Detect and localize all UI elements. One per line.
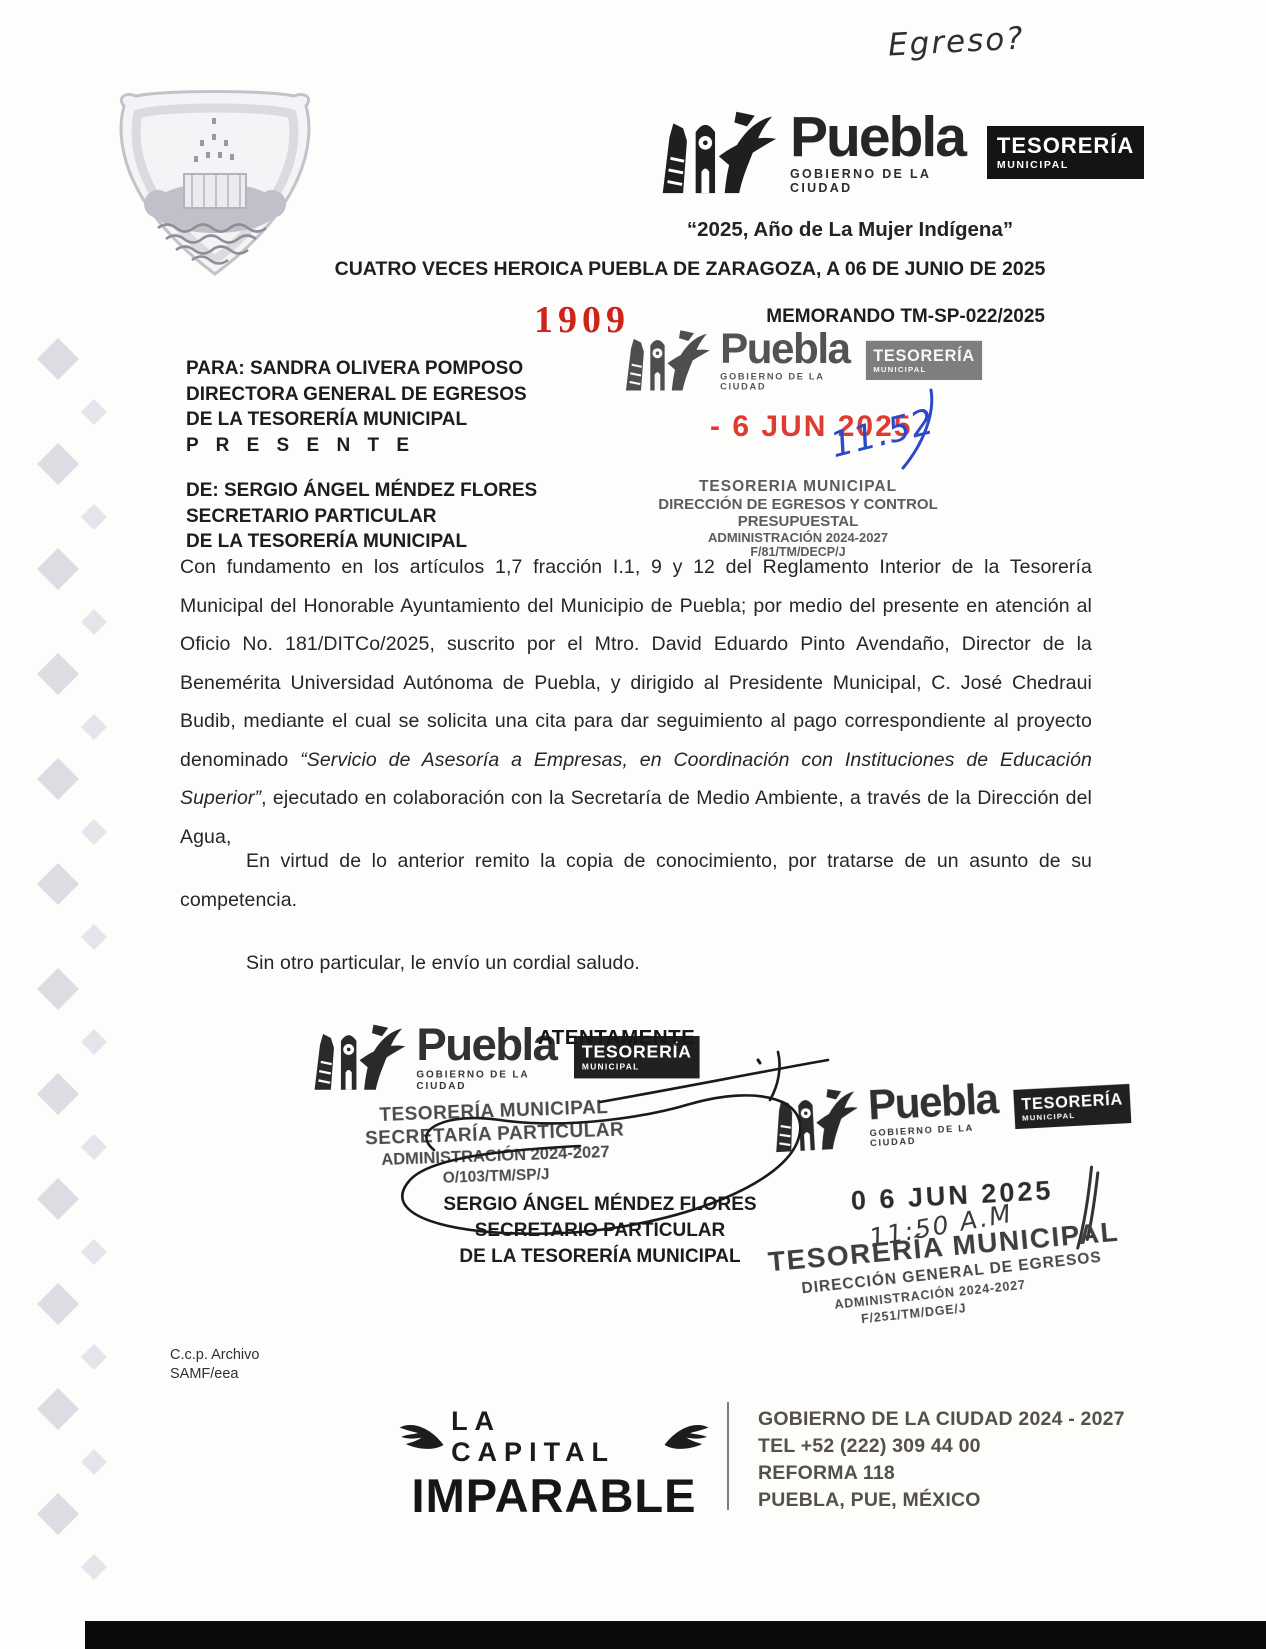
recipient-name: PARA: SANDRA OLIVERA POMPOSO (186, 356, 527, 382)
recipient-title-2: DE LA TESORERÍA MUNICIPAL (186, 407, 527, 433)
puebla-skyline-icon (652, 106, 780, 198)
scanned-memo-page: Egreso? Puebla GOBIERNO DE LA CIUDAD (0, 0, 1266, 1649)
sender-title-1: SECRETARIO PARTICULAR (186, 504, 537, 530)
footer-info-line: PUEBLA, PUE, MÉXICO (758, 1487, 1125, 1514)
sender-name: DE: SERGIO ÁNGEL MÉNDEZ FLORES (186, 478, 537, 504)
footer-brand: LA CAPITAL IMPARABLE (398, 1406, 710, 1523)
tesoreria-box: TESORERÍA MUNICIPAL (987, 126, 1144, 179)
ccp-line: C.c.p. Archivo (170, 1346, 259, 1365)
paragraph-text: Con fundamento en los artículos 1,7 frac… (180, 556, 1092, 771)
ccp-line: SAMF/eea (170, 1365, 259, 1384)
tesoreria-box: TESORERÍA MUNICIPAL (1013, 1083, 1131, 1128)
recipient-block: PARA: SANDRA OLIVERA POMPOSO DIRECTORA G… (186, 356, 527, 458)
wing-right-icon (663, 1419, 710, 1455)
footer-info-line: REFORMA 118 (758, 1460, 1125, 1487)
recipient-title-1: DIRECTORA GENERAL DE EGRESOS (186, 382, 527, 408)
tesoreria-box-sub: MUNICIPAL (997, 159, 1134, 171)
brand-la-capital: LA CAPITAL (451, 1406, 657, 1468)
puebla-wordmark: Puebla (790, 109, 965, 165)
signature (350, 1030, 840, 1265)
stamp-line: TESORERIA MUNICIPAL (628, 478, 968, 496)
gobierno-caption: GOBIERNO DE LA CIUDAD (790, 167, 965, 195)
footer-info-line: TEL +52 (222) 309 44 00 (758, 1433, 1125, 1460)
body-paragraph-2: En virtud de lo anterior remito la copia… (180, 842, 1092, 919)
footer-info-line: GOBIERNO DE LA CIUDAD 2024 - 2027 (758, 1406, 1125, 1433)
paragraph-text: , ejecutado en colaboración con la Secre… (180, 787, 1092, 848)
sender-block: DE: SERGIO ÁNGEL MÉNDEZ FLORES SECRETARI… (186, 478, 537, 555)
body-paragraph-1: Con fundamento en los artículos 1,7 frac… (180, 548, 1092, 856)
stamp-line: DIRECCIÓN DE EGRESOS Y CONTROL (628, 496, 968, 513)
handwritten-egreso-note: Egreso? (887, 20, 1025, 63)
stamp-line: PRESUPUESTAL (628, 513, 968, 530)
puebla-skyline-icon (618, 326, 713, 394)
scan-edge-black-bar (85, 1621, 1266, 1649)
ccp-block: C.c.p. Archivo SAMF/eea (170, 1346, 259, 1384)
tesoreria-box: TESORERÍA MUNICIPAL (866, 340, 982, 379)
tesoreria-box-title: TESORERÍA (873, 347, 975, 363)
brand-imparable: IMPARABLE (398, 1468, 710, 1523)
city-shield-crest-icon (100, 88, 330, 280)
logo-divider (1005, 1080, 1008, 1139)
received-stamp: Puebla GOBIERNO DE LA CIUDAD TESORERÍA M… (618, 326, 988, 586)
wing-left-icon (398, 1419, 445, 1455)
body-paragraph-3: Sin otro particular, le envío un cordial… (180, 944, 1092, 983)
city-date-line: CUATRO VECES HEROICA PUEBLA DE ZARAGOZA,… (250, 258, 1130, 281)
stamp-line: ADMINISTRACIÓN 2024-2027 (628, 530, 968, 545)
footer-info-block: GOBIERNO DE LA CIUDAD 2024 - 2027 TEL +5… (758, 1406, 1125, 1514)
year-slogan: “2025, Año de La Mujer Indígena” (640, 218, 1060, 242)
gobierno-caption: GOBIERNO DE LA CIUDAD (720, 371, 849, 392)
tesoreria-box-title: TESORERÍA (997, 135, 1134, 157)
received-stamp-text: TESORERIA MUNICIPAL DIRECCIÓN DE EGRESOS… (628, 478, 968, 559)
folio-number-stamp: 1909 (534, 298, 630, 342)
puebla-wordmark: Puebla (867, 1078, 998, 1126)
handwritten-flourish (873, 384, 943, 474)
header-puebla-logo: Puebla GOBIERNO DE LA CIUDAD TESORERÍA M… (652, 106, 1112, 198)
recipient-presente: P R E S E N T E (186, 433, 527, 459)
puebla-wordmark: Puebla (720, 328, 849, 369)
tesoreria-box-sub: MUNICIPAL (873, 365, 975, 374)
margin-watermark-pattern (20, 334, 116, 1626)
footer-divider (727, 1402, 729, 1510)
